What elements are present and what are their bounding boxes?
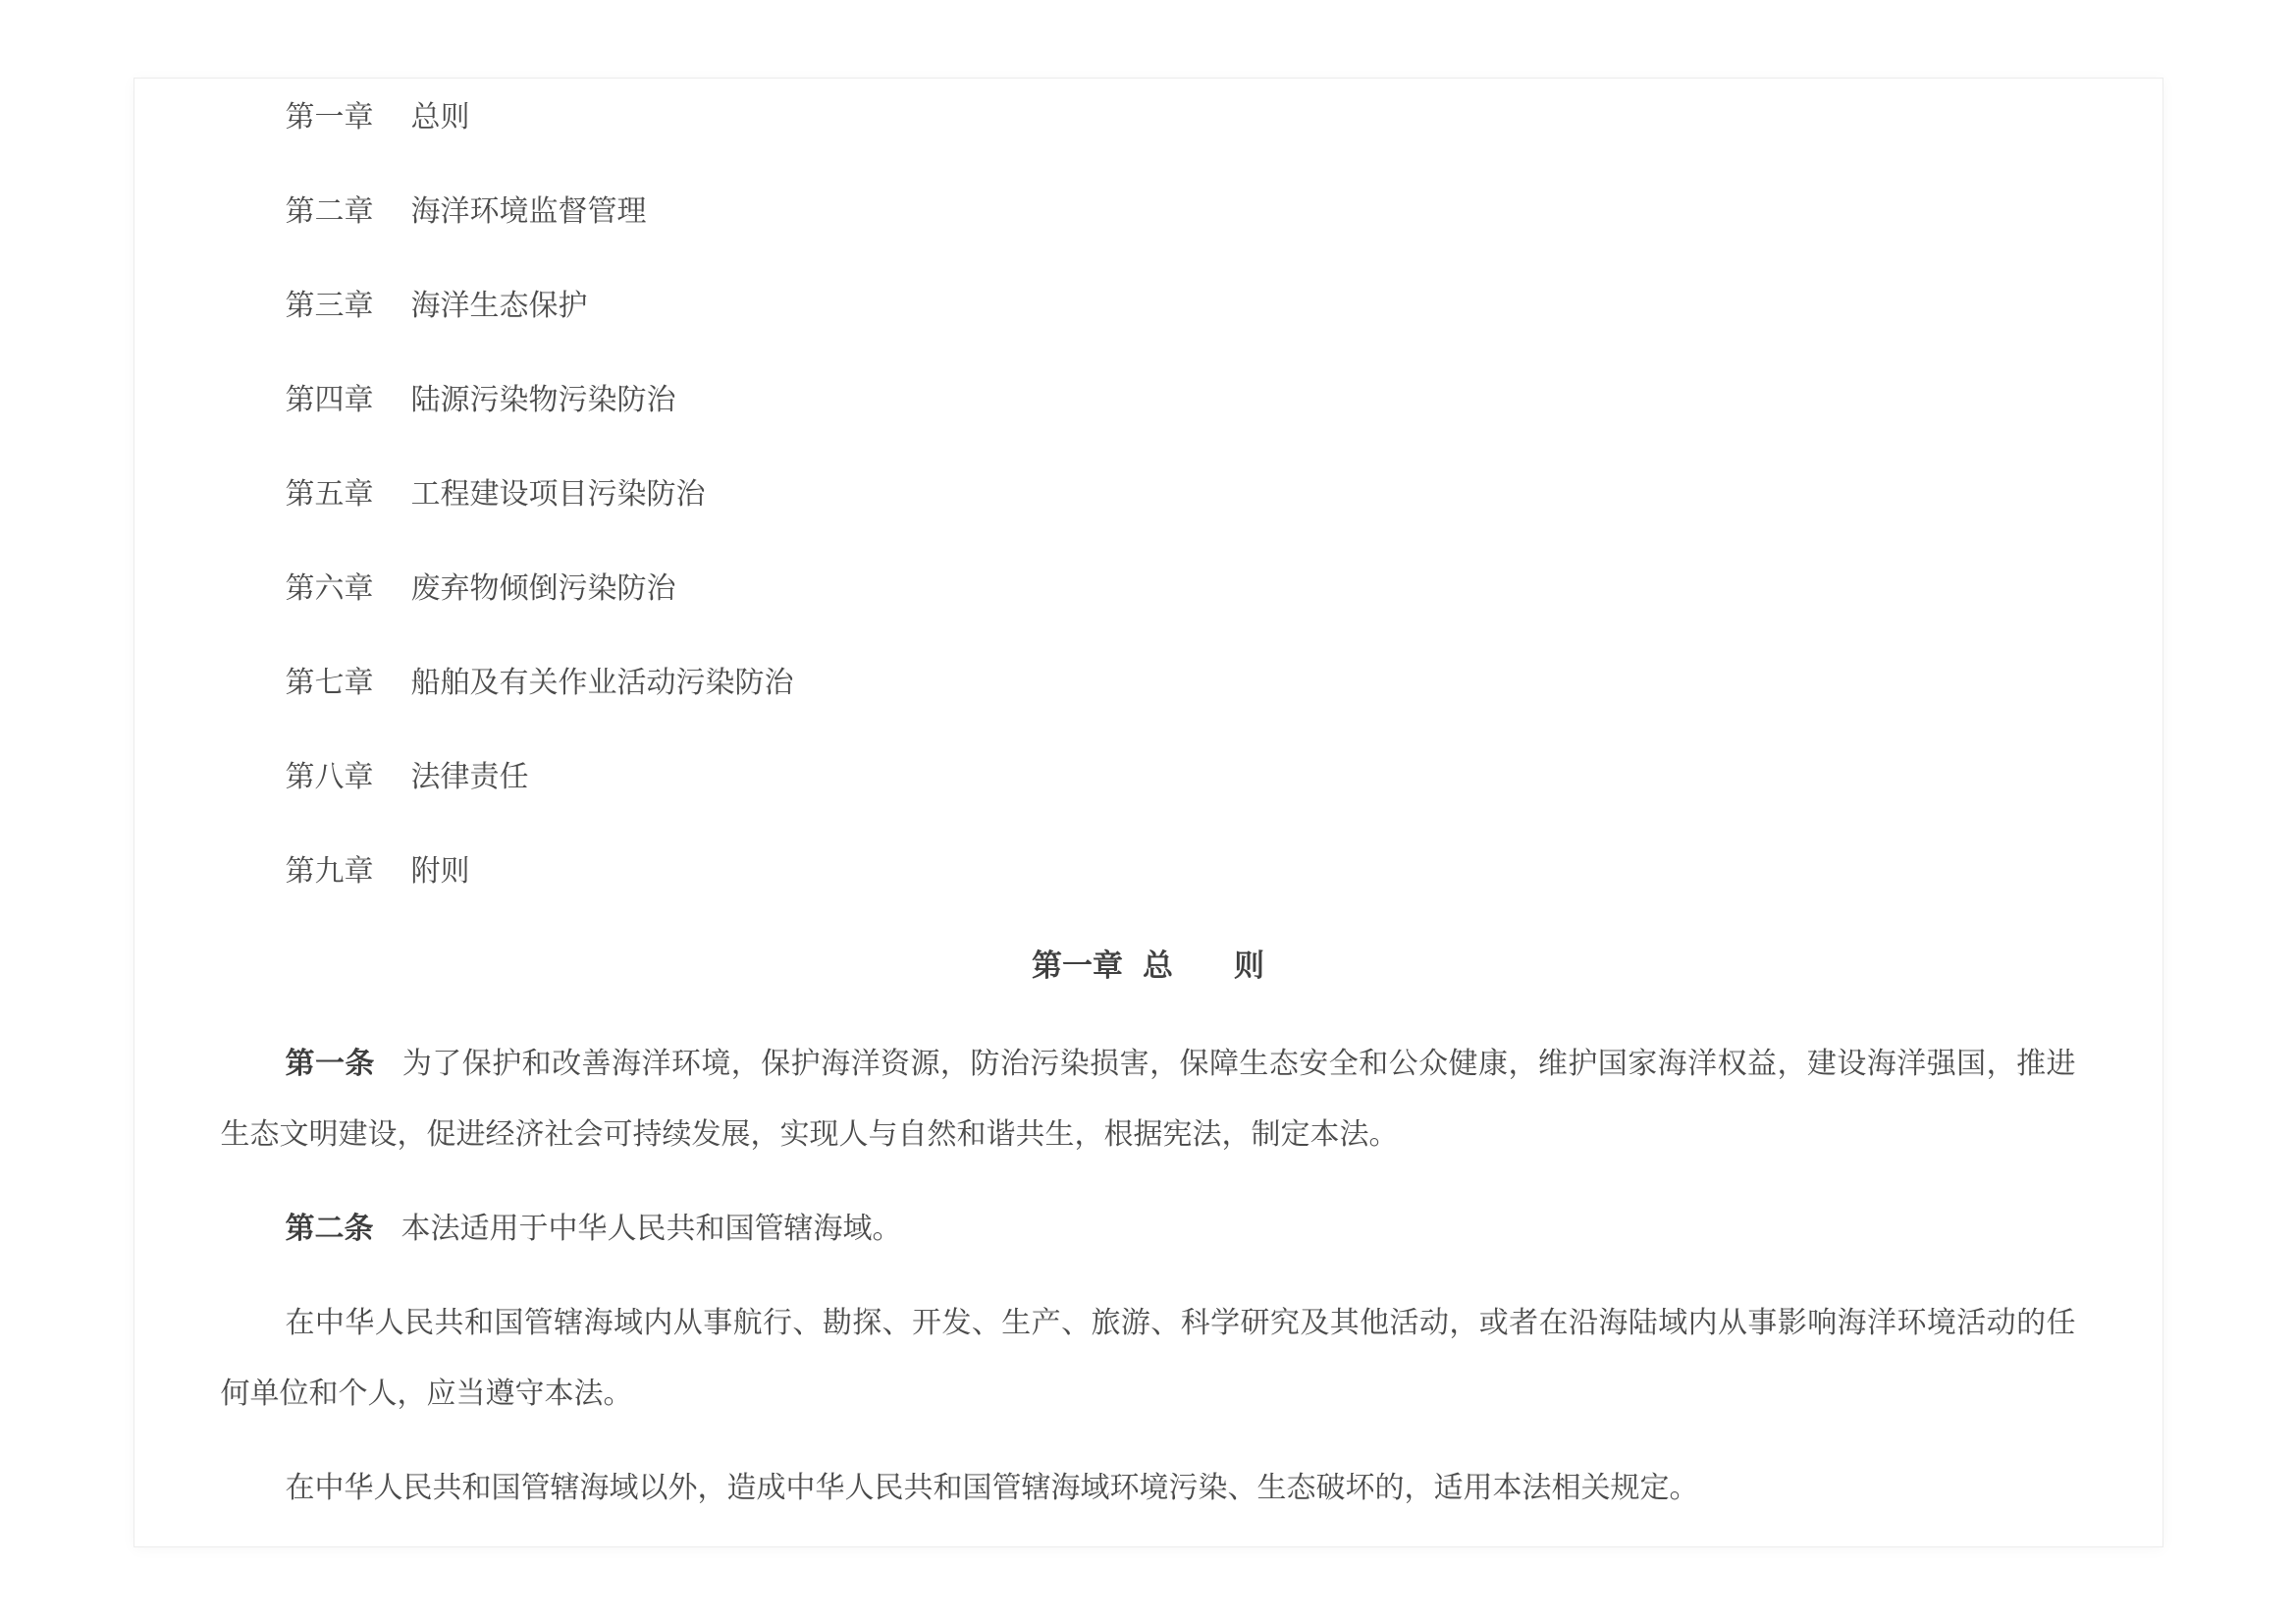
article-text: 在中华人民共和国管辖海域以外，造成中华人民共和国管辖海域环境污染、生态破坏的，适… <box>286 1472 1699 1504</box>
toc-chapter-num: 第六章 <box>286 572 374 605</box>
toc-chapter-title: 总则 <box>411 101 470 134</box>
chapter-heading: 第一章总 则 <box>221 931 2076 1001</box>
toc-item: 第二章海洋环境监督管理 <box>221 177 2076 247</box>
toc-item: 第七章船舶及有关作业活动污染防治 <box>221 648 2076 719</box>
article-label: 第一条 <box>286 1048 375 1080</box>
toc-chapter-num: 第九章 <box>286 855 374 888</box>
toc-chapter-num: 第二章 <box>286 195 374 228</box>
toc-chapter-num: 第一章 <box>286 101 374 134</box>
toc-chapter-title: 海洋环境监督管理 <box>411 195 647 228</box>
toc-chapter-num: 第三章 <box>286 290 374 322</box>
chapter-heading-num: 第一章 <box>1032 948 1123 983</box>
article-paragraph: 在中华人民共和国管辖海域以外，造成中华人民共和国管辖海域环境污染、生态破坏的，适… <box>221 1453 2076 1524</box>
article-text: 在中华人民共和国管辖海域内从事航行、勘探、开发、生产、旅游、科学研究及其他活动，… <box>221 1307 2076 1410</box>
toc-item: 第八章法律责任 <box>221 742 2076 813</box>
toc-chapter-title: 船舶及有关作业活动污染防治 <box>411 667 794 699</box>
article-label: 第二条 <box>286 1213 374 1245</box>
chapter-heading-title: 总 则 <box>1143 948 1264 983</box>
toc-chapter-num: 第八章 <box>286 761 374 793</box>
toc-chapter-title: 海洋生态保护 <box>411 290 588 322</box>
toc-chapter-title: 工程建设项目污染防治 <box>411 478 706 511</box>
toc-chapter-title: 废弃物倾倒污染防治 <box>411 572 676 605</box>
toc-chapter-num: 第四章 <box>286 384 374 416</box>
article-paragraph: 在中华人民共和国管辖海域内从事航行、勘探、开发、生产、旅游、科学研究及其他活动，… <box>221 1288 2076 1430</box>
toc-chapter-num: 第七章 <box>286 667 374 699</box>
article-text: 本法适用于中华人民共和国管辖海域。 <box>401 1213 902 1245</box>
toc-chapter-num: 第五章 <box>286 478 374 511</box>
toc-item: 第一章总则 <box>221 82 2076 153</box>
toc-item: 第六章废弃物倾倒污染防治 <box>221 554 2076 624</box>
toc-item: 第四章陆源污染物污染防治 <box>221 365 2076 436</box>
article-text: 为了保护和改善海洋环境，保护海洋资源，防治污染损害，保障生态安全和公众健康，维护… <box>221 1048 2076 1151</box>
article-body: 第一条为了保护和改善海洋环境，保护海洋资源，防治污染损害，保障生态安全和公众健康… <box>221 1029 2076 1524</box>
toc-chapter-title: 附则 <box>411 855 470 888</box>
article-paragraph: 第一条为了保护和改善海洋环境，保护海洋资源，防治污染损害，保障生态安全和公众健康… <box>221 1029 2076 1170</box>
content-card: 第一章总则 第二章海洋环境监督管理 第三章海洋生态保护 第四章陆源污染物污染防治… <box>133 78 2163 1547</box>
toc-chapter-title: 陆源污染物污染防治 <box>411 384 676 416</box>
table-of-contents: 第一章总则 第二章海洋环境监督管理 第三章海洋生态保护 第四章陆源污染物污染防治… <box>221 82 2076 907</box>
toc-item: 第九章附则 <box>221 837 2076 907</box>
toc-item: 第三章海洋生态保护 <box>221 271 2076 342</box>
toc-item: 第五章工程建设项目污染防治 <box>221 460 2076 530</box>
toc-chapter-title: 法律责任 <box>411 761 529 793</box>
article-paragraph: 第二条本法适用于中华人民共和国管辖海域。 <box>221 1194 2076 1265</box>
